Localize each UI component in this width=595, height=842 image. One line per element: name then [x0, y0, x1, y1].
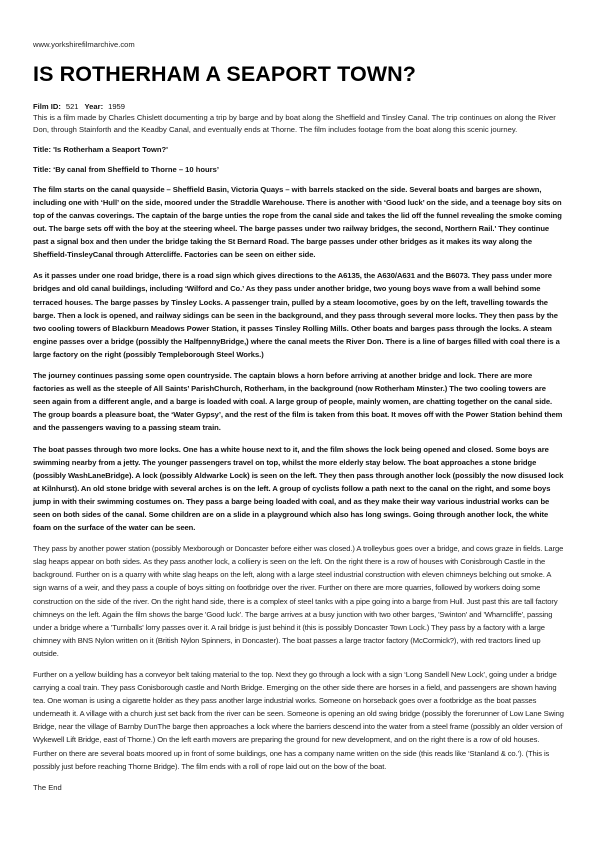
film-id-value: 521: [66, 102, 79, 111]
film-id-label: Film ID:: [33, 102, 61, 111]
description-paragraph: Further on a yellow building has a conve…: [33, 668, 565, 773]
site-url: www.yorkshirefilmarchive.com: [33, 40, 565, 50]
description-paragraph: The film starts on the canal quayside – …: [33, 183, 565, 262]
document-page: www.yorkshirefilmarchive.com IS ROTHERHA…: [33, 40, 565, 793]
film-meta: Film ID:521Year:1959: [33, 102, 565, 112]
description-paragraph: As it passes under one road bridge, ther…: [33, 269, 565, 361]
year-label: Year:: [85, 102, 104, 111]
year-value: 1959: [108, 102, 125, 111]
description-paragraph: The boat passes through two more locks. …: [33, 443, 565, 535]
film-title-2: Title: ‘By canal from Sheffield to Thorn…: [33, 165, 565, 175]
closing-text: The End: [33, 783, 565, 793]
description-paragraph: They pass by another power station (poss…: [33, 542, 565, 660]
film-title-1: Title: 'Is Rotherham a Seaport Town?': [33, 145, 565, 155]
description-paragraph: The journey continues passing some open …: [33, 369, 565, 434]
intro-paragraph: This is a film made by Charles Chislett …: [33, 112, 565, 137]
page-title: IS ROTHERHAM A SEAPORT TOWN?: [33, 61, 565, 87]
